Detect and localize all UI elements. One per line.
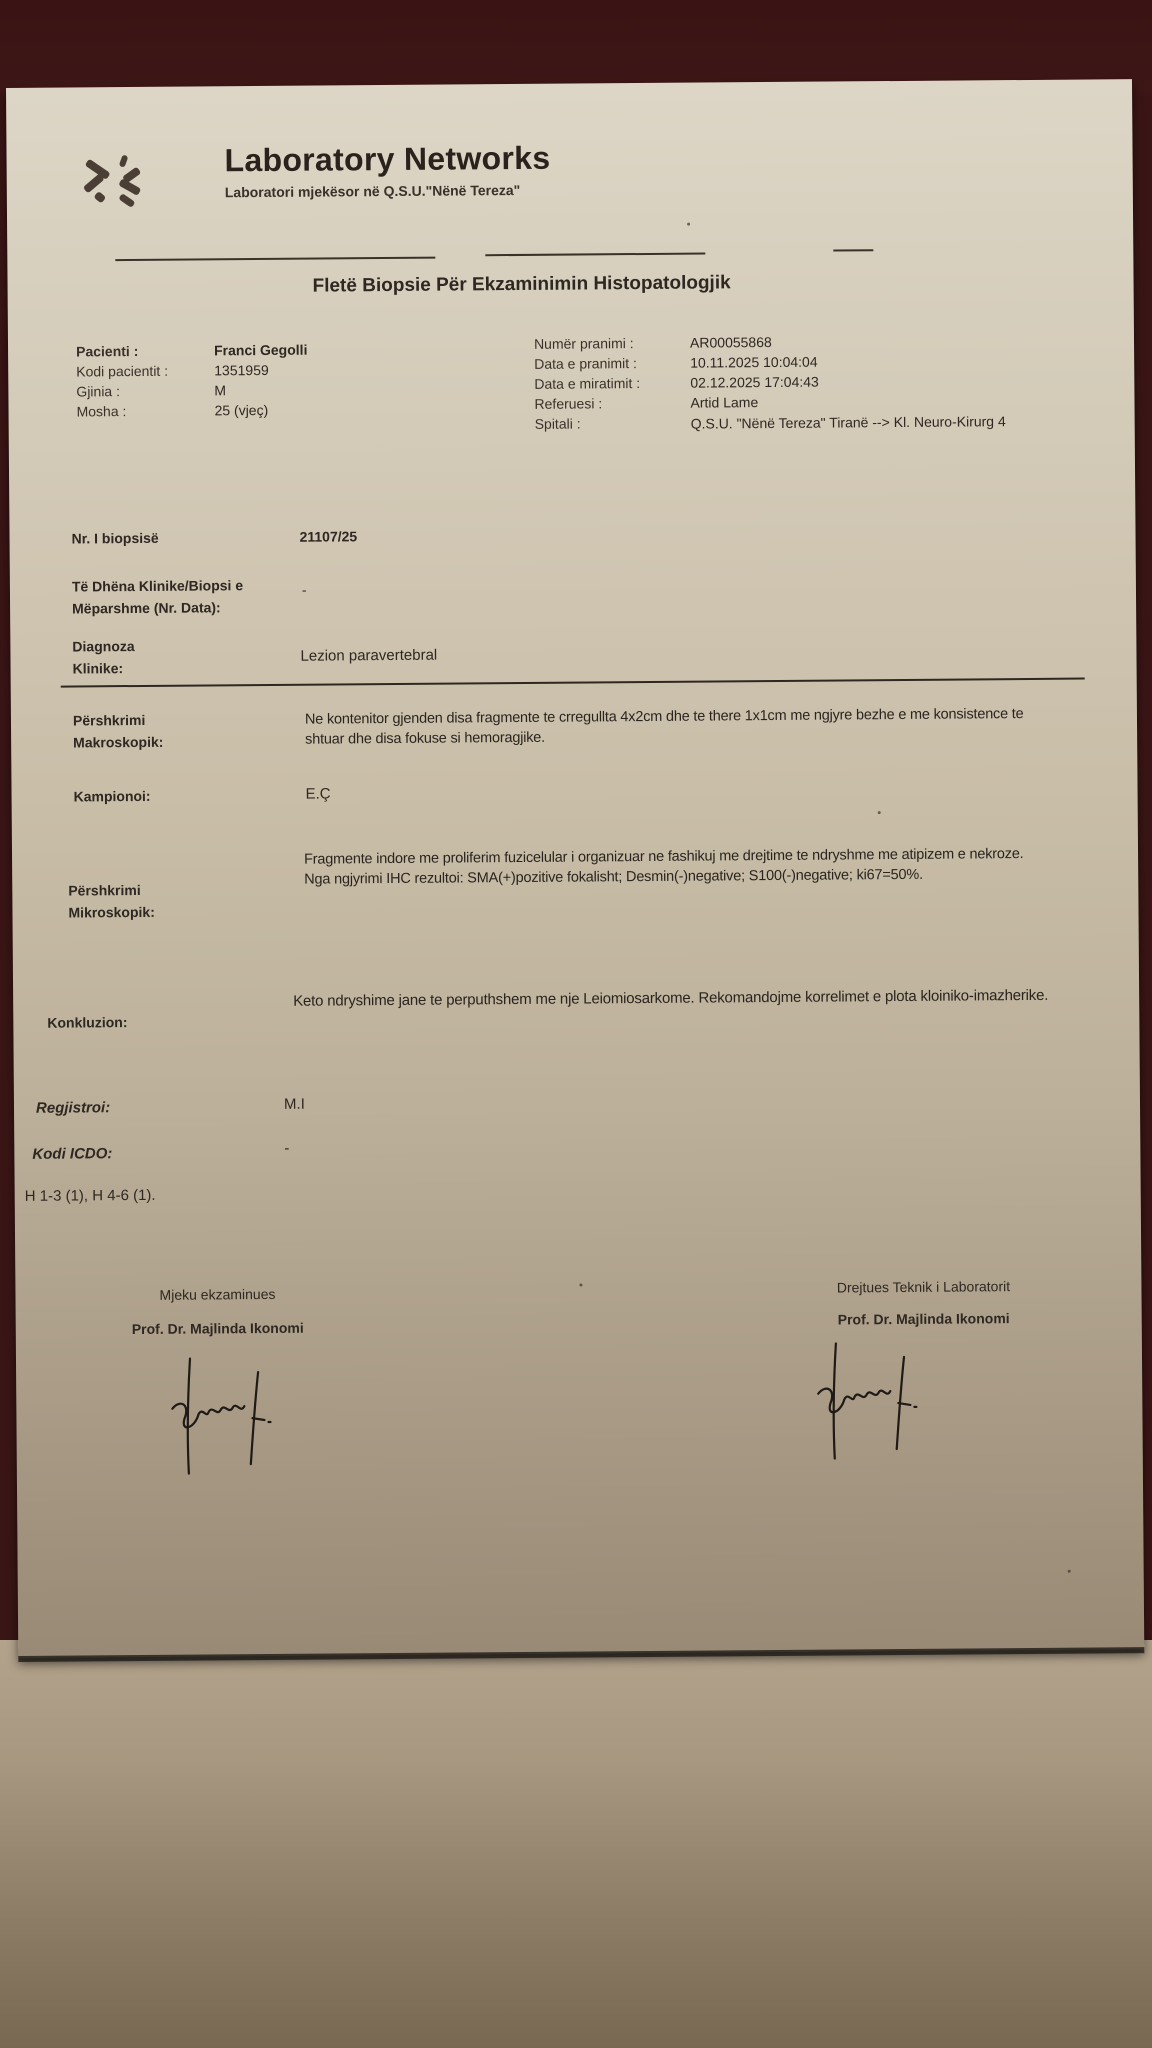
patient-name-value: Franci Gegolli (214, 341, 434, 359)
brand-title: Laboratory Networks (224, 140, 550, 180)
conclusion-label: Konkluzion: (47, 1011, 127, 1034)
patient-name-label: Pacienti : (76, 342, 214, 359)
paper-speck (687, 223, 690, 226)
signature-left (150, 1348, 311, 1479)
paper-speck (1068, 1570, 1071, 1573)
sampler-value: E.Ç (305, 785, 330, 802)
micro-description: Fragmente indore me proliferim fuzicelul… (304, 844, 1074, 890)
approval-date-value: 02.12.2025 17:04:43 (690, 372, 1040, 391)
patient-code-value: 1351959 (214, 361, 434, 379)
macro-description-label: Përshkrimi Makroskopik: (73, 709, 193, 754)
lab-director-name: Prof. Dr. Majlinda Ikonomi (774, 1310, 1074, 1328)
icdo-code-label: Kodi ICDO: (32, 1143, 112, 1166)
registered-by-value: M.I (284, 1096, 305, 1113)
registered-by-label: Regjistroi: (36, 1097, 110, 1120)
hospital-label: Spitali : (535, 415, 691, 435)
hospital-value: Q.S.U. "Nënë Tereza" Tiranë --> Kl. Neur… (691, 412, 1021, 434)
admission-date-value: 10.11.2025 10:04:04 (690, 352, 1040, 371)
conclusion-text: Keto ndryshime jane te perputhshem me nj… (293, 986, 1083, 1012)
admission-info: Numër pranimi : AR00055868 Data e pranim… (534, 332, 1041, 435)
approval-date-label: Data e miratimit : (534, 375, 690, 392)
referrer-label: Referuesi : (534, 395, 690, 412)
paper-speck (579, 1284, 582, 1287)
patient-code-label: Kodi pacientit : (76, 362, 214, 379)
signature-right (796, 1333, 957, 1464)
macro-description-text: Ne kontenitor gjenden disa fragmente te … (305, 704, 1065, 750)
patient-age-value: 25 (vjeç) (214, 401, 434, 419)
micro-description-label: Përshkrimi Mikroskopik: (68, 879, 188, 924)
header-rule-right (485, 253, 705, 257)
biopsy-number-value: 21107/25 (299, 525, 357, 547)
examining-doctor-name: Prof. Dr. Majlinda Ikonomi (68, 1319, 368, 1337)
header-rule-left (115, 257, 435, 262)
patient-gender-label: Gjinia : (76, 382, 214, 399)
section-divider (61, 678, 1085, 688)
blocks-note: H 1-3 (1), H 4-6 (1). (25, 1187, 156, 1205)
biopsy-report-sheet: Laboratory Networks Laboratori mjekësor … (6, 79, 1144, 1658)
document-title: Fletë Biopsie Për Ekzaminimin Histopatol… (312, 272, 730, 297)
paper-speck (878, 811, 881, 814)
patient-age-label: Mosha : (76, 402, 214, 419)
header-rule-far (833, 249, 873, 251)
admission-number-label: Numër pranimi : (534, 335, 690, 352)
biopsy-number-label: Nr. I biopsisë (71, 527, 158, 550)
lab-director-title: Drejtues Teknik i Laboratorit (773, 1278, 1073, 1296)
clinical-diagnosis-value: Lezion paravertebral (300, 647, 437, 665)
patient-info: Pacienti : Franci Gegolli Kodi pacientit… (76, 341, 435, 420)
brand-subtitle: Laboratori mjekësor në Q.S.U."Nënë Terez… (225, 182, 521, 200)
sampler-label: Kampionoi: (73, 785, 150, 808)
examining-doctor-title: Mjeku ekzaminues (67, 1285, 367, 1303)
clinical-data-label: Të Dhëna Klinike/Biopsi e Mëparshme (Nr.… (72, 574, 282, 620)
patient-gender-value: M (214, 381, 434, 399)
clinical-diagnosis-label: Diagnoza Klinike: (72, 635, 172, 680)
admission-date-label: Data e pranimit : (534, 355, 690, 372)
clinical-data-value: - (302, 582, 307, 598)
referrer-value: Artid Lame (690, 392, 1040, 411)
underlying-page (0, 1640, 1152, 2048)
lab-logo-icon (80, 149, 150, 212)
admission-number-value: AR00055868 (690, 332, 1040, 351)
icdo-code-value: - (284, 1140, 289, 1157)
